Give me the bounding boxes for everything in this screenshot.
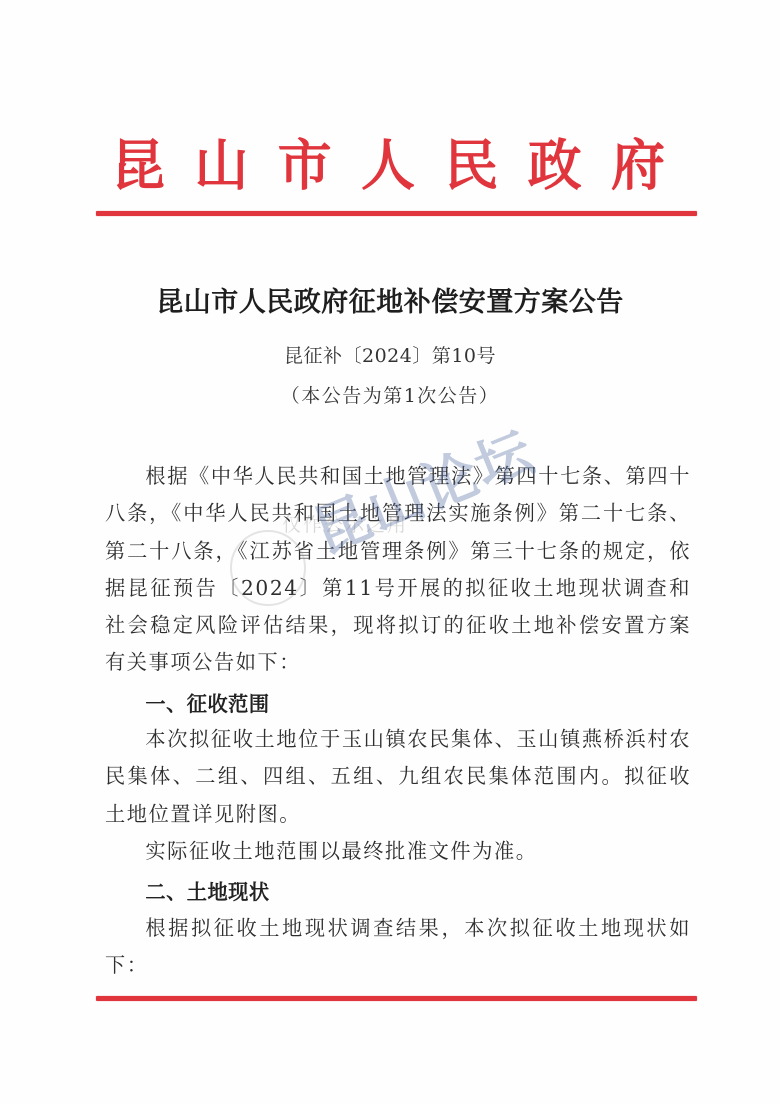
paragraph: 本次拟征收土地位于玉山镇农民集体、玉山镇燕桥浜村农民集体、二组、四组、五组、九组… bbox=[105, 721, 691, 833]
masthead-char: 政 bbox=[525, 131, 585, 198]
masthead-char: 人 bbox=[358, 131, 418, 198]
section-heading: 一、征收范围 bbox=[105, 686, 691, 723]
document-title: 昆山市人民政府征地补偿安置方案公告 bbox=[0, 280, 780, 319]
masthead-char: 市 bbox=[275, 131, 335, 198]
masthead-char: 府 bbox=[608, 131, 668, 198]
document-number: 昆征补〔2024〕第10号 bbox=[0, 341, 780, 368]
document-body: 根据《中华人民共和国土地管理法》第四十七条、第四十八条，《中华人民共和国土地管理… bbox=[105, 458, 691, 984]
section-heading: 二、土地现状 bbox=[105, 874, 691, 911]
masthead-char: 山 bbox=[191, 131, 251, 198]
paragraph: 根据拟征收土地现状调查结果，本次拟征收土地现状如下： bbox=[105, 910, 691, 985]
masthead-char: 民 bbox=[441, 131, 501, 198]
bottom-red-divider bbox=[96, 996, 697, 1001]
announcement-note: （本公告为第1次公告） bbox=[0, 381, 780, 408]
paragraph: 根据《中华人民共和国土地管理法》第四十七条、第四十八条，《中华人民共和国土地管理… bbox=[105, 458, 691, 682]
top-red-divider bbox=[96, 211, 697, 216]
paragraph: 实际征收土地范围以最终批准文件为准。 bbox=[105, 833, 691, 870]
masthead: 昆 山 市 人 民 政 府 bbox=[108, 132, 668, 198]
masthead-char: 昆 bbox=[108, 131, 168, 198]
